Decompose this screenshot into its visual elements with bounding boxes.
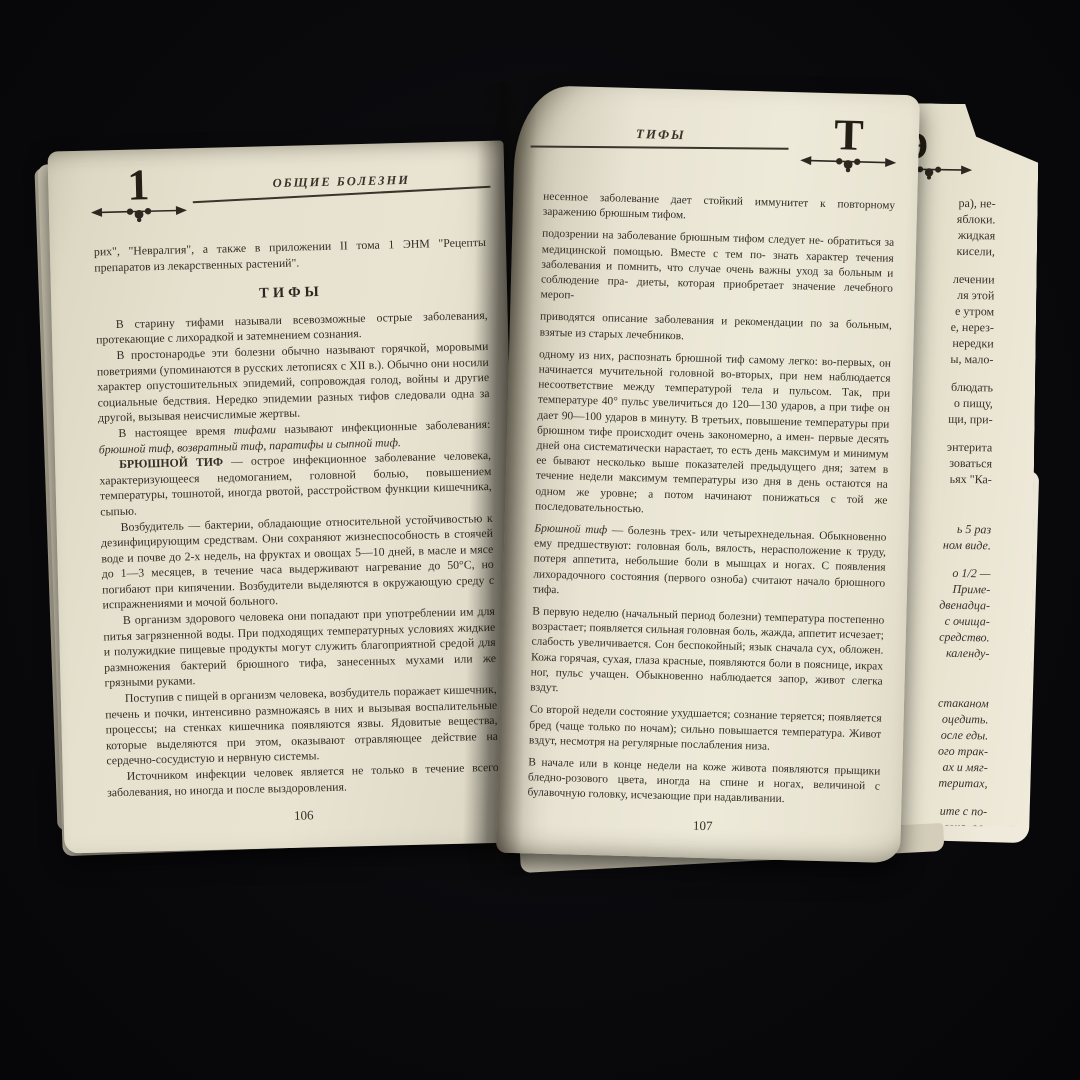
ornament-flourish-icon: [798, 154, 898, 175]
intro-paragraph: рих", "Невралгия", а также в приложении …: [94, 235, 487, 276]
body-paragraph: В простонародье эти болезни обычно назыв…: [96, 339, 490, 427]
body-paragraph: В организм здорового человека они попада…: [103, 604, 497, 692]
text-fragment-line: ах и мяг-: [888, 758, 988, 775]
right-page-body: несенное заболевание дает стойкий иммуни…: [527, 190, 896, 838]
left-page-paragraphs: В старину тифами называли всевозможные о…: [96, 308, 500, 801]
body-paragraph: В первую неделю (начальный период болезн…: [530, 605, 884, 705]
ornament-flourish-icon: [89, 204, 189, 224]
body-paragraph: В начале или в конце недели на коже живо…: [527, 755, 880, 810]
body-paragraph: одному из них, распознать брюшной тиф са…: [535, 347, 891, 523]
chapter-ornament-e: Э: [902, 129, 1039, 186]
left-page-body: рих", "Невралгия", а также в приложении …: [94, 235, 500, 828]
body-paragraph: несенное заболевание дает стойкий иммуни…: [543, 190, 896, 230]
chapter-ornament-1: 1: [86, 164, 191, 224]
left-page-header: 1 ОБЩИЕ БОЛЕЗНИ: [92, 167, 485, 235]
text-fragment-line: теритах,: [887, 774, 987, 791]
body-paragraph: БРЮШНОЙ ТИФ — острое инфекционное заболе…: [99, 448, 492, 520]
book-page-right: ТИФЫ Т несенное заболевание дает стойкий…: [496, 85, 920, 863]
body-paragraph: приводятся описание заболевания и рекоме…: [539, 310, 892, 350]
chapter-letter: Э: [902, 129, 1038, 165]
chapter-ornament-t: Т: [796, 114, 901, 174]
book-page-left: 1 ОБЩИЕ БОЛЕЗНИ рих", "Невралгия", а так…: [47, 141, 520, 854]
book-photo-scene: Э ра), не-яблоки.жидкаякисели,леченииля …: [0, 0, 1080, 1080]
chapter-number: 1: [127, 165, 150, 205]
section-title: ТИФЫ: [95, 281, 487, 306]
header-rule: [531, 145, 789, 149]
right-page-header: ТИФЫ Т: [544, 120, 898, 191]
body-paragraph: Возбудитель — бактерии, обладающие относ…: [101, 510, 495, 613]
right-page-paragraphs: несенное заболевание дает стойкий иммуни…: [527, 190, 895, 811]
running-title: ТИФЫ: [545, 124, 777, 146]
text-fragment-line: ите с по-: [887, 802, 987, 819]
page-number: 106: [108, 803, 500, 828]
body-paragraph: подозрении на заболевание брюшным тифом …: [540, 227, 894, 312]
body-paragraph: Поступив с пищей в организм человека, во…: [105, 682, 499, 770]
body-paragraph: Со второй недели состояние ухудшается; с…: [529, 703, 882, 758]
chapter-letter: Т: [834, 115, 864, 155]
page-number: 107: [527, 813, 879, 837]
body-paragraph: Брюшной тиф — болезнь трех- или четырехн…: [533, 522, 887, 607]
